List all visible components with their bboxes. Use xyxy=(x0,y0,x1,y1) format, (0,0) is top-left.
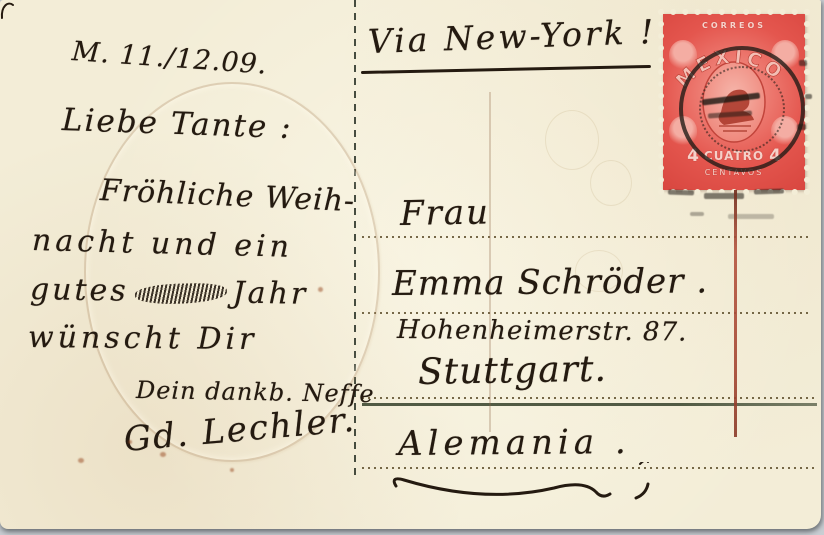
postmark-smudge xyxy=(799,60,807,66)
flourish-under-country xyxy=(392,462,672,502)
struck-out-word xyxy=(134,282,227,305)
address-street: Hohenheimerstr. 87. xyxy=(397,315,688,348)
handwritten-date: M. 11./12.09. xyxy=(71,36,268,81)
postmark-smudge xyxy=(797,124,806,130)
address-recipient-title: Frau xyxy=(400,192,491,234)
message-word-gutes: gutes xyxy=(30,272,129,309)
postmark-killer-bar xyxy=(690,212,704,216)
stray-ink-mark xyxy=(0,0,16,20)
message-line-4: wünscht Dir xyxy=(28,320,258,357)
embossed-ghost-pattern xyxy=(590,160,632,206)
address-solid-line xyxy=(362,403,817,406)
address-city: Stuttgart. xyxy=(418,349,608,393)
message-line-3: gutesJahr xyxy=(30,272,309,312)
postmark-smudge xyxy=(805,94,812,99)
postmark-killer-bar xyxy=(754,188,784,194)
address-recipient-name: Emma Schröder . xyxy=(392,261,708,304)
message-line-2: nacht und ein xyxy=(32,223,294,265)
address-dotted-line-1 xyxy=(362,236,812,238)
age-speckle xyxy=(230,468,234,472)
postmark-killer-bar xyxy=(668,190,694,196)
scanned-postcard-photo: M. 11./12.09. Via New-York ! Liebe Tante… xyxy=(0,0,824,535)
address-dotted-line-3 xyxy=(362,397,814,399)
embossed-ghost-pattern xyxy=(545,110,599,170)
age-speckle xyxy=(318,287,323,292)
age-speckle xyxy=(160,452,166,457)
address-country: Alemania . xyxy=(398,422,631,464)
postmark-killer-bar xyxy=(704,193,744,199)
salutation: Liebe Tante : xyxy=(61,102,293,146)
routing-note: Via New-York ! xyxy=(367,12,657,61)
postcard-back: M. 11./12.09. Via New-York ! Liebe Tante… xyxy=(0,0,821,529)
postmark-circle xyxy=(679,46,805,172)
message-word-jahr: Jahr xyxy=(232,276,308,312)
address-dotted-line-2 xyxy=(362,312,812,314)
age-speckle xyxy=(78,458,84,463)
routing-underline xyxy=(361,65,651,74)
age-speckle xyxy=(128,440,132,444)
pin-scratch-line xyxy=(734,190,737,437)
